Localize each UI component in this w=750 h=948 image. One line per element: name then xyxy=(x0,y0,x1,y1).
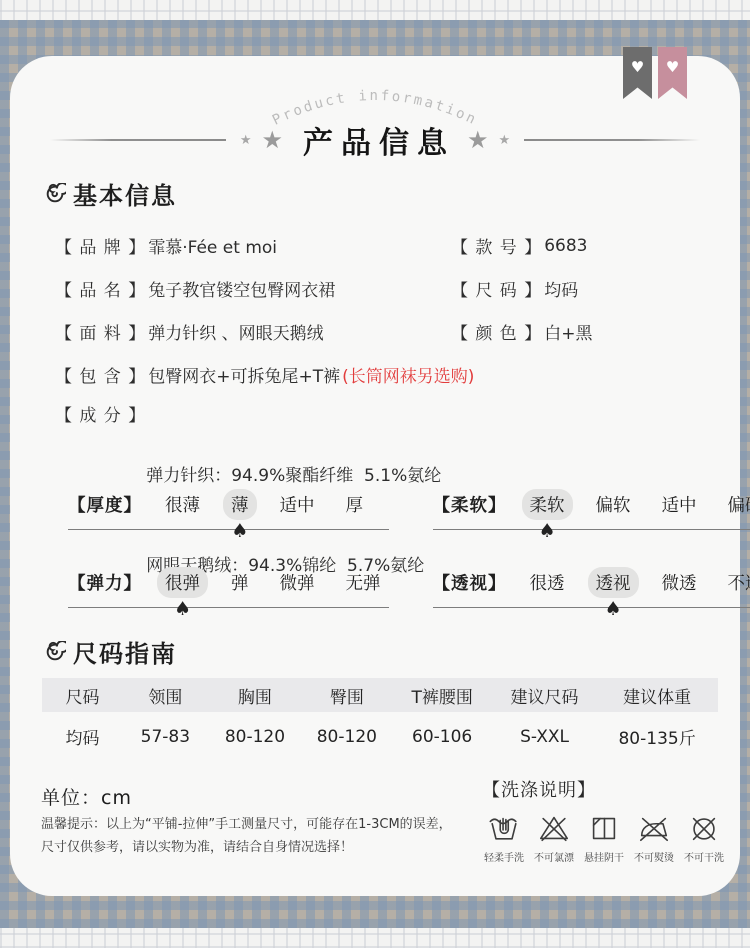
col-size: 尺码 xyxy=(42,683,123,708)
col-suggested-weight: 建议体重 xyxy=(596,683,718,708)
size-row: 【 尺 码 】 均码 xyxy=(451,267,715,310)
wash-item: 不可氯漂 xyxy=(532,811,576,864)
spade-marker-icon: ♠ xyxy=(231,522,248,541)
color-label: 【 颜 色 】 xyxy=(451,319,542,344)
col-hip: 臀围 xyxy=(302,683,391,708)
thickness-option: 适中 xyxy=(272,489,323,520)
col-suggested-size: 建议尺码 xyxy=(493,683,596,708)
product-name-row: 【 品 名 】 兔子教官镂空包臀网衣裙 xyxy=(55,267,451,310)
page-title-row: ★ ★ 产品信息 ★ ★ xyxy=(10,122,740,158)
fabric-value: 弹力针织 、网眼天鹅绒 xyxy=(148,319,323,344)
elasticity-option: 微弹 xyxy=(272,567,323,598)
divider-line-left xyxy=(50,139,226,141)
composition-label: 【 成 分 】 xyxy=(55,401,146,431)
thickness-option: 薄♠ xyxy=(223,489,257,520)
star-icon: ★ xyxy=(261,126,283,154)
includes-label: 【 包 含 】 xyxy=(55,362,146,387)
size-value: 均码 xyxy=(544,276,578,301)
bookmark-ribbons: ♥ ♥ xyxy=(623,47,687,99)
cell-size: 均码 xyxy=(42,724,123,749)
softness-option: 偏硬 xyxy=(720,489,750,520)
transparency-option: 微透 xyxy=(654,567,705,598)
size-guide-heading: 尺码指南 xyxy=(44,634,177,669)
brand-label: 【 品 牌 】 xyxy=(55,233,146,258)
cell-hip: 80-120 xyxy=(302,727,391,747)
cell-suggested-weight: 80-135斤 xyxy=(596,724,718,749)
softness-option: 偏软 xyxy=(588,489,639,520)
color-row: 【 颜 色 】 白+黑 xyxy=(451,310,715,353)
size-guide-title: 尺码指南 xyxy=(73,634,177,669)
ribbon-dark: ♥ xyxy=(623,47,652,99)
elasticity-option: 很弹♠ xyxy=(157,567,208,598)
divider-line-right xyxy=(524,139,700,141)
spiral-icon xyxy=(44,641,66,663)
cell-thong-waist: 60-106 xyxy=(391,727,492,747)
heart-icon: ♥ xyxy=(631,60,644,99)
col-neck: 领围 xyxy=(123,683,208,708)
elasticity-option: 弹 xyxy=(223,567,257,598)
no-iron-icon xyxy=(637,811,671,845)
spade-marker-icon: ♠ xyxy=(174,600,191,619)
col-bust: 胸围 xyxy=(208,683,303,708)
size-table: 尺码 领围 胸围 臀围 T裤腰围 建议尺码 建议体重 均码 57-83 80-1… xyxy=(42,678,718,761)
model-label: 【 款 号 】 xyxy=(451,233,542,258)
hang-dry-icon xyxy=(587,811,621,845)
transparency-scale: 【透视】 很透 透视♠ 微透 不透 xyxy=(433,567,750,608)
product-name-label: 【 品 名 】 xyxy=(55,276,146,301)
cell-suggested-size: S-XXL xyxy=(493,727,596,747)
thickness-scale: 【厚度】 很薄 薄♠ 适中 厚 xyxy=(68,489,389,530)
wash-item: 不可干洗 xyxy=(682,811,726,864)
includes-note: (长筒网袜另选购) xyxy=(342,362,474,387)
cell-bust: 80-120 xyxy=(208,727,303,747)
washing-title: 【洗涤说明】 xyxy=(482,776,726,802)
softness-option: 柔软♠ xyxy=(522,489,573,520)
includes-row: 【 包 含 】 包臀网衣+可拆兔尾+T裤 (长筒网袜另选购) xyxy=(55,353,715,396)
heart-icon: ♥ xyxy=(666,60,679,99)
thickness-option: 很薄 xyxy=(157,489,208,520)
star-icon: ★ xyxy=(467,126,489,154)
includes-value: 包臀网衣+可拆兔尾+T裤 xyxy=(148,362,340,387)
basic-info-heading: 基本信息 xyxy=(44,176,177,211)
page-title: 产品信息 xyxy=(303,118,455,162)
brand-row: 【 品 牌 】 霏慕·Fée et moi xyxy=(55,224,451,267)
elasticity-option: 无弹 xyxy=(338,567,389,598)
washing-instructions: 【洗涤说明】 轻柔手洗 不可氯漂 xyxy=(482,776,726,864)
thickness-option: 厚 xyxy=(338,489,372,520)
product-info-card: ♥ ♥ Product information ★ ★ 产品信息 ★ ★ 基本信… xyxy=(10,56,740,896)
cell-neck: 57-83 xyxy=(123,727,208,747)
spade-marker-icon: ♠ xyxy=(604,600,621,619)
fabric-label: 【 面 料 】 xyxy=(55,319,146,344)
model-value: 6683 xyxy=(544,236,587,256)
basic-info-title: 基本信息 xyxy=(73,176,177,211)
transparency-option: 透视♠ xyxy=(588,567,639,598)
tip-line-1: 温馨提示：以上为“平铺-拉伸”手工测量尺寸，可能存在1-3CM的误差， xyxy=(41,813,452,836)
softness-option: 适中 xyxy=(654,489,705,520)
model-row: 【 款 号 】 6683 xyxy=(451,224,715,267)
col-thong-waist: T裤腰围 xyxy=(391,683,492,708)
spiral-icon xyxy=(44,183,66,205)
softness-scale: 【柔软】 柔软♠ 偏软 适中 偏硬 xyxy=(433,489,750,530)
measurement-tips: 温馨提示：以上为“平铺-拉伸”手工测量尺寸，可能存在1-3CM的误差， 尺寸仅供… xyxy=(41,813,452,859)
wash-item: 不可熨烫 xyxy=(632,811,676,864)
star-icon: ★ xyxy=(240,133,252,148)
wash-item: 轻柔手洗 xyxy=(482,811,526,864)
attribute-selectors: 【厚度】 很薄 薄♠ 适中 厚 【柔软】 柔软♠ 偏软 适中 偏硬 【弹力】 很… xyxy=(68,489,720,608)
elasticity-scale: 【弹力】 很弹♠ 弹 微弹 无弹 xyxy=(68,567,389,608)
product-name-value: 兔子教官镂空包臀网衣裙 xyxy=(148,276,335,301)
transparency-option: 不透 xyxy=(720,567,750,598)
no-dry-clean-icon xyxy=(687,811,721,845)
color-value: 白+黑 xyxy=(544,319,592,344)
tip-line-2: 尺寸仅供参考，请以实物为准，请结合自身情况选择！ xyxy=(41,836,452,859)
hand-wash-icon xyxy=(487,811,521,845)
unit-note: 单位：cm xyxy=(41,783,132,810)
size-table-row: 均码 57-83 80-120 80-120 60-106 S-XXL 80-1… xyxy=(42,712,718,761)
product-info-page: { "colors": { "ribbon-dark": "#6d6d6d", … xyxy=(0,0,750,948)
size-label: 【 尺 码 】 xyxy=(451,276,542,301)
size-table-header: 尺码 领围 胸围 臀围 T裤腰围 建议尺码 建议体重 xyxy=(42,678,718,712)
composition-line-1: 弹力针织：94.9%聚酯纤维 5.1%氨纶 xyxy=(146,461,441,491)
wash-item: 悬挂阴干 xyxy=(582,811,626,864)
no-bleach-icon xyxy=(537,811,571,845)
brand-value: 霏慕·Fée et moi xyxy=(148,233,277,258)
spade-marker-icon: ♠ xyxy=(538,522,555,541)
ribbon-pink: ♥ xyxy=(658,47,687,99)
star-icon: ★ xyxy=(499,133,511,148)
transparency-option: 很透 xyxy=(522,567,573,598)
fabric-row: 【 面 料 】 弹力针织 、网眼天鹅绒 xyxy=(55,310,451,353)
